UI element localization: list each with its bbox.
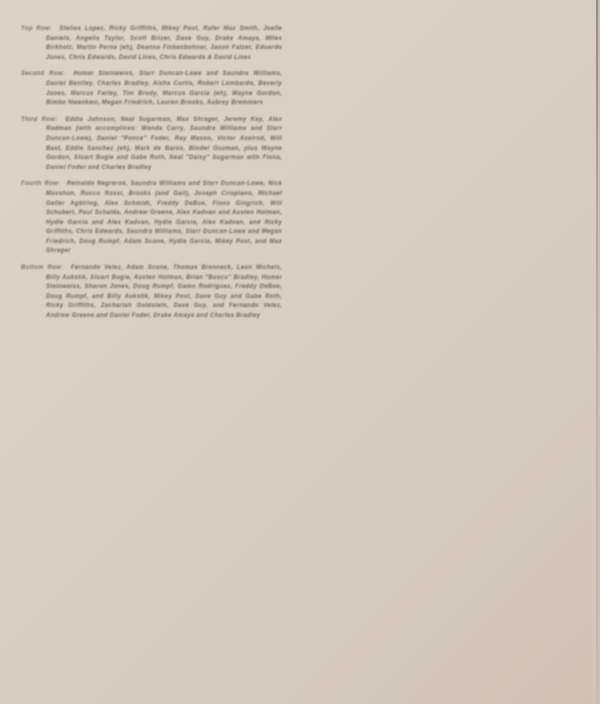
credits-row-second: Second Row: Homer Steinweiss, Starr Dunc…: [21, 69, 282, 107]
row-names: Homer Steinweiss, Starr Duncan-Lowe and …: [46, 70, 282, 106]
row-label: Third Row:: [21, 116, 58, 123]
credits-row-third: Third Row: Eddie Johnson, Neal Sugarman,…: [21, 115, 282, 173]
row-names: Eddie Johnson, Neal Sugarman, Max Shrage…: [46, 116, 282, 171]
row-names: Fernando Velez, Adam Scone, Thomas Brenn…: [46, 264, 282, 319]
row-label: Fourth Row:: [21, 180, 60, 187]
row-names: Stelios Lopez, Ricky Griffiths, Mikey Po…: [46, 25, 282, 61]
row-names: Reinaldo Negreros, Saundra Williams and …: [46, 180, 282, 254]
credits-row-bottom: Bottom Row: Fernando Velez, Adam Scone, …: [21, 263, 282, 321]
credits-row-top: Top Row: Stelios Lopez, Ricky Griffiths,…: [21, 24, 282, 62]
photo-credits-block: Top Row: Stelios Lopez, Ricky Griffiths,…: [21, 24, 293, 328]
row-label: Bottom Row:: [21, 264, 63, 271]
row-label: Top Row:: [21, 25, 52, 32]
page-edge: [596, 0, 598, 704]
row-label: Second Row:: [21, 70, 65, 77]
credits-row-fourth: Fourth Row: Reinaldo Negreros, Saundra W…: [21, 179, 282, 256]
